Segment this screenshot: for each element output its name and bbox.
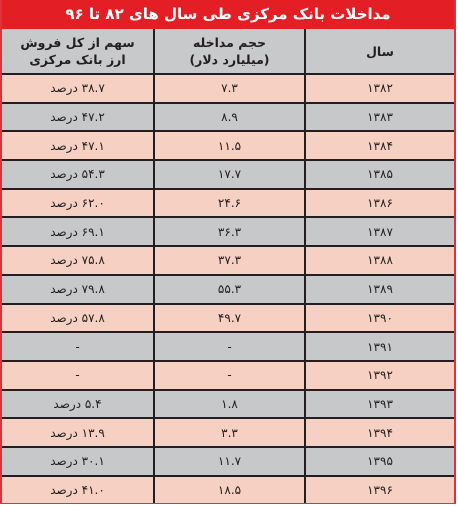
- cell-volume: ۴۹.۷: [154, 304, 305, 333]
- cell-year: ۱۳۹۰: [305, 304, 454, 333]
- table-row: ۱۳۸۷۳۶.۳۶۹.۱ درصد: [2, 217, 454, 246]
- table-row: ۱۳۹۱--: [2, 332, 454, 361]
- cell-year: ۱۳۹۱: [305, 332, 454, 361]
- cell-share: ۷۵.۸ درصد: [2, 246, 154, 275]
- cell-year: ۱۳۸۶: [305, 189, 454, 218]
- table-row: ۱۳۸۵۱۷.۷۵۴.۳ درصد: [2, 160, 454, 189]
- cell-year: ۱۳۹۳: [305, 390, 454, 419]
- cell-share: ۳۰.۱ درصد: [2, 447, 154, 476]
- table-row: ۱۳۹۲--: [2, 361, 454, 390]
- column-header-volume-line2: (میلیارد دلار): [155, 51, 304, 68]
- table-title: مداخلات بانک مرکزی طی سال های ۸۲ تا ۹۶: [2, 0, 454, 29]
- cell-volume: -: [154, 332, 305, 361]
- cell-volume: ۷.۳: [154, 74, 305, 103]
- cell-share: ۴۷.۱ درصد: [2, 131, 154, 160]
- table-row: ۱۳۹۳۱.۸۵.۴ درصد: [2, 390, 454, 419]
- column-header-volume: حجم مداخله (میلیارد دلار): [154, 29, 305, 74]
- cell-volume: ۳۷.۳: [154, 246, 305, 275]
- column-header-share-line1: سهم از کل فروش: [2, 34, 153, 51]
- column-header-share-line2: ارز بانک مرکزی: [2, 51, 153, 68]
- interventions-table: سال حجم مداخله (میلیارد دلار) سهم از کل …: [2, 29, 454, 503]
- cell-volume: ۸.۹: [154, 103, 305, 132]
- cell-year: ۱۳۸۷: [305, 217, 454, 246]
- cell-share: ۱۳.۹ درصد: [2, 418, 154, 447]
- cell-share: ۶۲.۰ درصد: [2, 189, 154, 218]
- cell-volume: ۱۸.۵: [154, 476, 305, 504]
- cell-year: ۱۳۹۴: [305, 418, 454, 447]
- cell-share: ۵۴.۳ درصد: [2, 160, 154, 189]
- cell-share: ۷۹.۸ درصد: [2, 275, 154, 304]
- cell-year: ۱۳۹۶: [305, 476, 454, 504]
- table-row: ۱۳۸۴۱۱.۵۴۷.۱ درصد: [2, 131, 454, 160]
- table-row: ۱۳۹۶۱۸.۵۴۱.۰ درصد: [2, 476, 454, 504]
- cell-volume: ۵۵.۳: [154, 275, 305, 304]
- cell-year: ۱۳۸۳: [305, 103, 454, 132]
- column-header-year-label: سال: [306, 43, 454, 60]
- cell-volume: ۳۶.۳: [154, 217, 305, 246]
- cell-share: ۳۸.۷ درصد: [2, 74, 154, 103]
- cell-share: ۵۷.۸ درصد: [2, 304, 154, 333]
- cell-share: ۶۹.۱ درصد: [2, 217, 154, 246]
- cell-volume: ۳.۳: [154, 418, 305, 447]
- cell-year: ۱۳۸۵: [305, 160, 454, 189]
- cell-share: -: [2, 332, 154, 361]
- table-row: ۱۳۸۹۵۵.۳۷۹.۸ درصد: [2, 275, 454, 304]
- table-body: ۱۳۸۲۷.۳۳۸.۷ درصد۱۳۸۳۸.۹۴۷.۲ درصد۱۳۸۴۱۱.۵…: [2, 74, 454, 503]
- cell-share: -: [2, 361, 154, 390]
- table-row: ۱۳۹۰۴۹.۷۵۷.۸ درصد: [2, 304, 454, 333]
- cell-year: ۱۳۸۸: [305, 246, 454, 275]
- intervention-table-card: مداخلات بانک مرکزی طی سال های ۸۲ تا ۹۶ س…: [0, 0, 456, 504]
- cell-volume: -: [154, 361, 305, 390]
- column-header-share: سهم از کل فروش ارز بانک مرکزی: [2, 29, 154, 74]
- cell-share: ۵.۴ درصد: [2, 390, 154, 419]
- table-row: ۱۳۸۳۸.۹۴۷.۲ درصد: [2, 103, 454, 132]
- cell-year: ۱۳۸۲: [305, 74, 454, 103]
- cell-volume: ۱.۸: [154, 390, 305, 419]
- cell-year: ۱۳۹۲: [305, 361, 454, 390]
- cell-volume: ۲۴.۶: [154, 189, 305, 218]
- cell-year: ۱۳۹۵: [305, 447, 454, 476]
- table-row: ۱۳۸۸۳۷.۳۷۵.۸ درصد: [2, 246, 454, 275]
- table-row: ۱۳۹۴۳.۳۱۳.۹ درصد: [2, 418, 454, 447]
- header-row: سال حجم مداخله (میلیارد دلار) سهم از کل …: [2, 29, 454, 74]
- table-row: ۱۳۸۶۲۴.۶۶۲.۰ درصد: [2, 189, 454, 218]
- table-row: ۱۳۸۲۷.۳۳۸.۷ درصد: [2, 74, 454, 103]
- cell-volume: ۱۱.۵: [154, 131, 305, 160]
- cell-share: ۴۱.۰ درصد: [2, 476, 154, 504]
- cell-year: ۱۳۸۹: [305, 275, 454, 304]
- cell-share: ۴۷.۲ درصد: [2, 103, 154, 132]
- cell-year: ۱۳۸۴: [305, 131, 454, 160]
- cell-volume: ۱۱.۷: [154, 447, 305, 476]
- table-row: ۱۳۹۵۱۱.۷۳۰.۱ درصد: [2, 447, 454, 476]
- cell-volume: ۱۷.۷: [154, 160, 305, 189]
- column-header-year: سال: [305, 29, 454, 74]
- column-header-volume-line1: حجم مداخله: [155, 34, 304, 51]
